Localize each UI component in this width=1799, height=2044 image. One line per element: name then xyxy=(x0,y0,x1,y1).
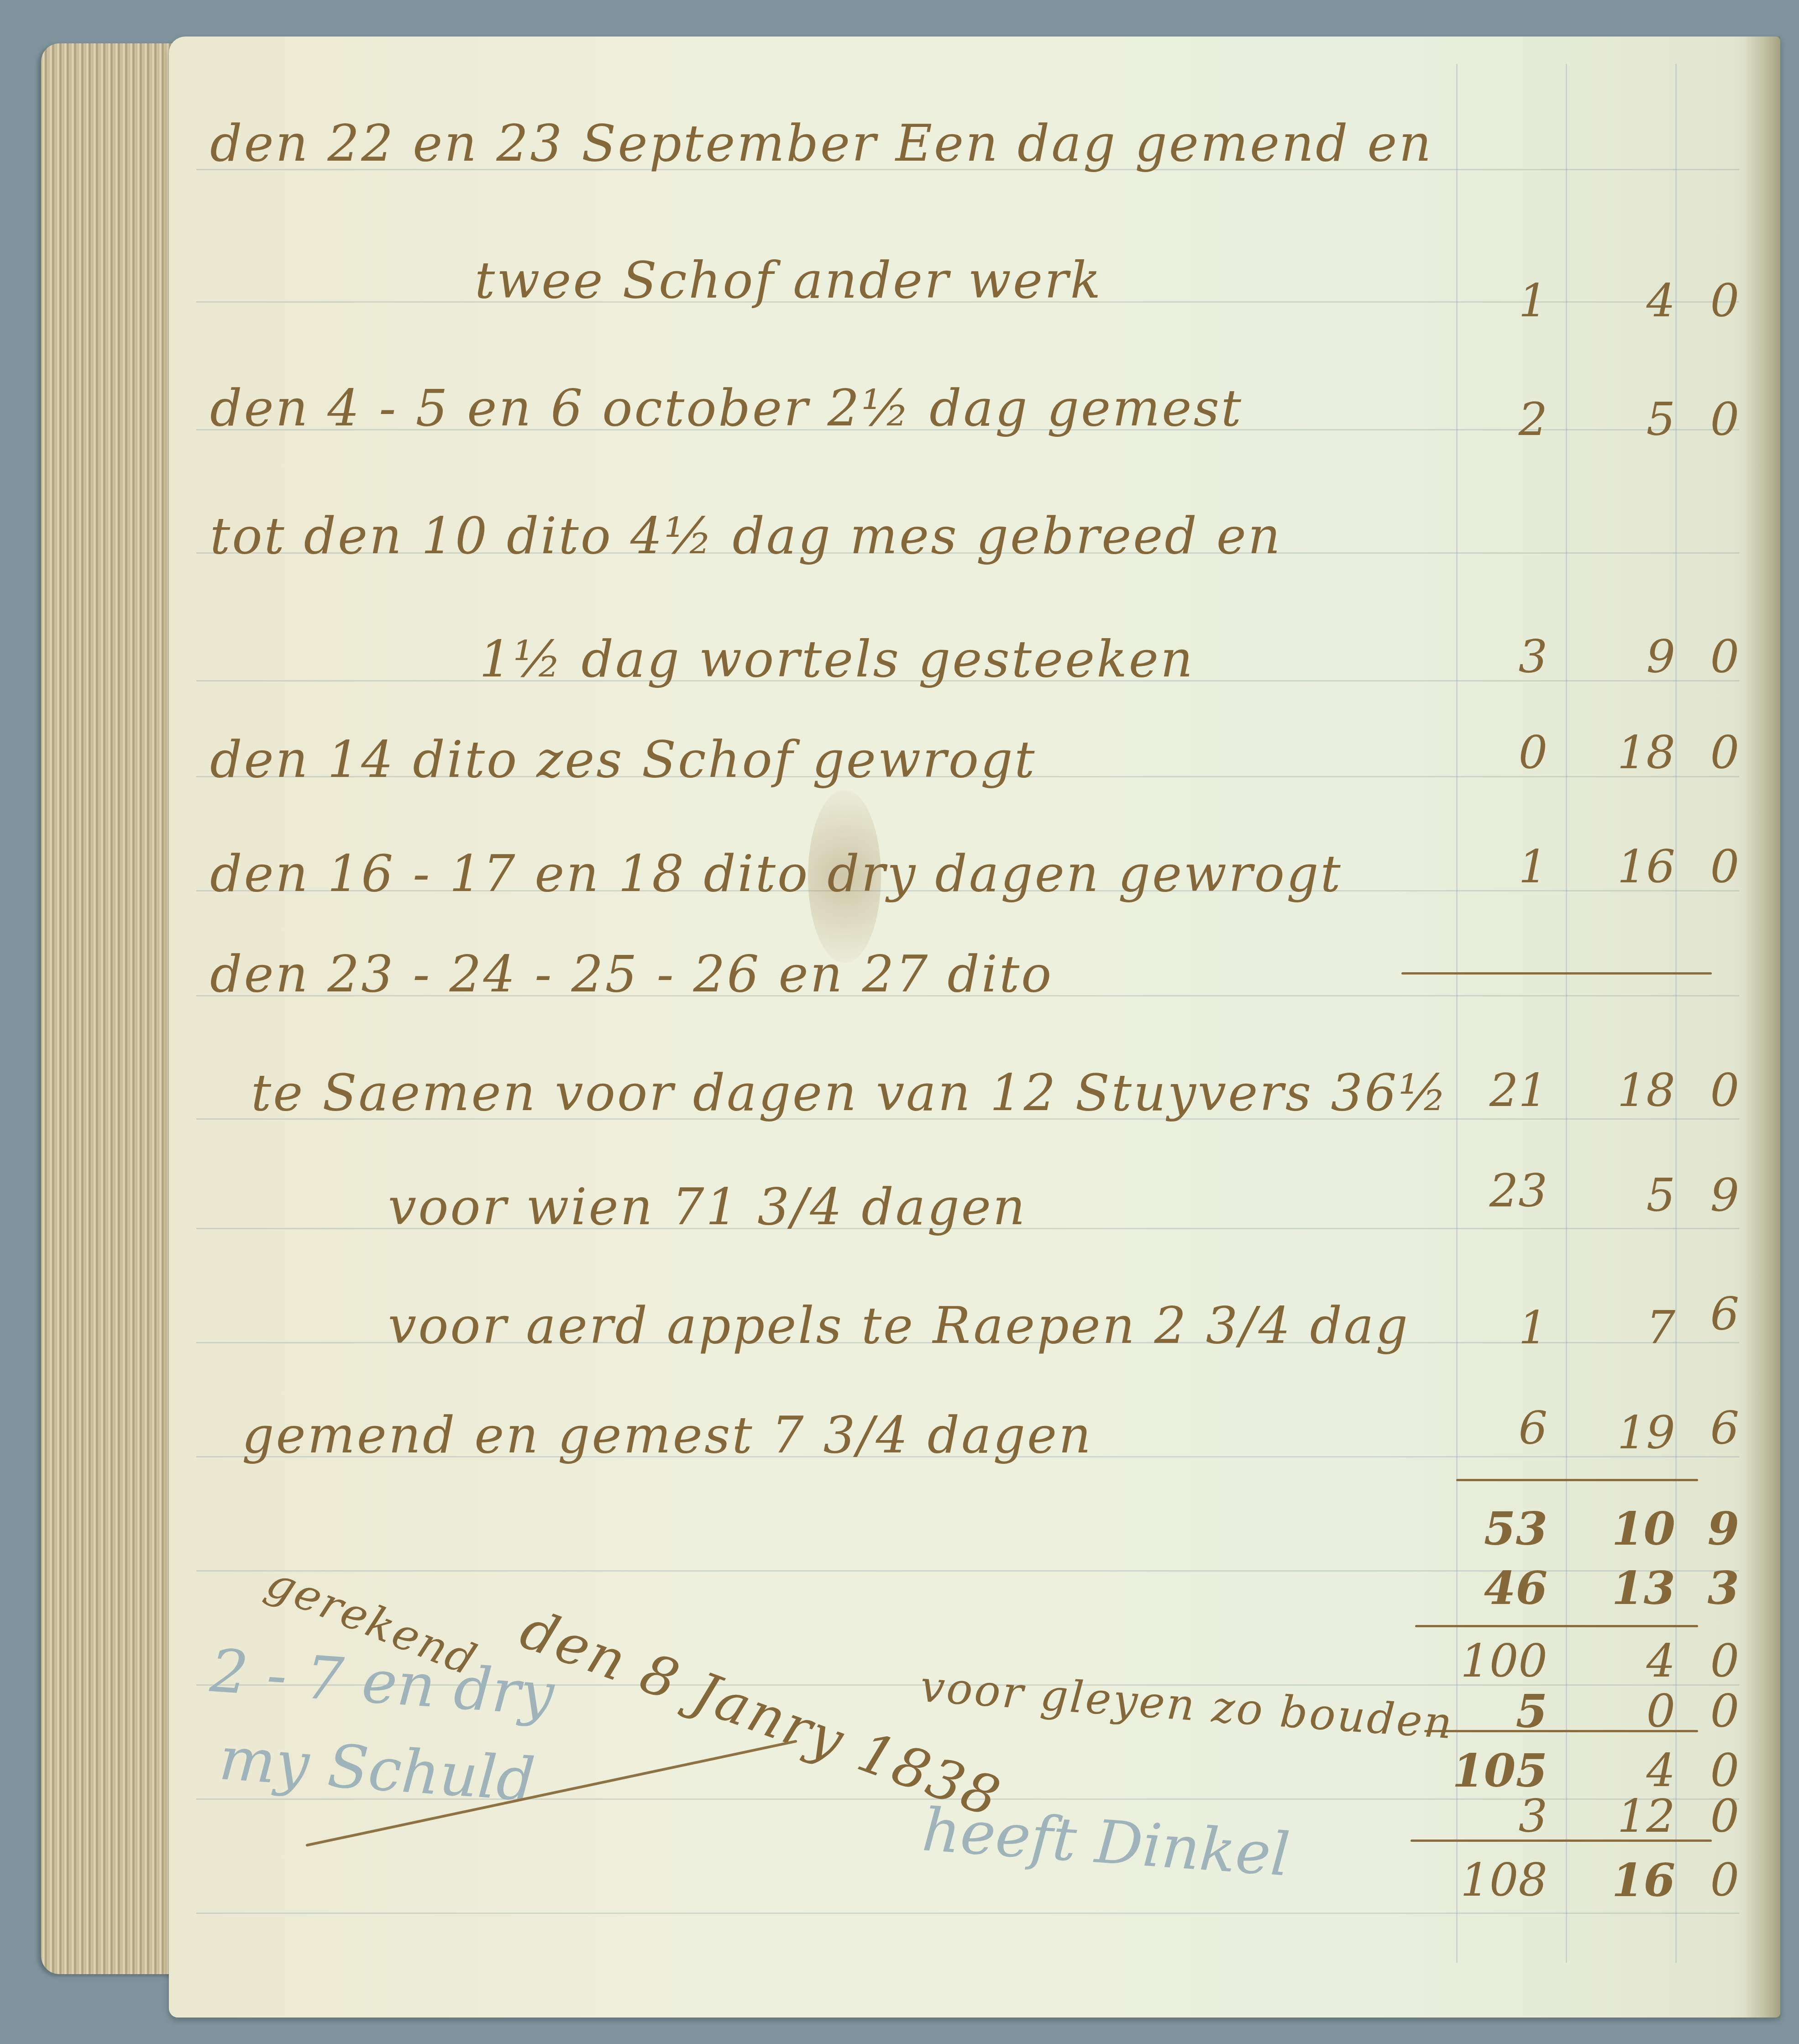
amount-stuivers: 5 xyxy=(1575,393,1675,446)
amount-penningen: 0 xyxy=(1680,630,1739,683)
amount-stuivers: 7 xyxy=(1575,1301,1675,1354)
amount-penningen: 0 xyxy=(1680,393,1739,446)
amount-guilders: 1 xyxy=(1397,1301,1547,1354)
amount-guilders: 23 xyxy=(1397,1164,1547,1217)
sum-line xyxy=(1411,1840,1712,1842)
settlement-note: voor gleyen zo bouden xyxy=(918,1661,1455,1749)
amount-stuivers: 4 xyxy=(1575,274,1675,327)
amount-guilders: 3 xyxy=(1397,630,1547,683)
subtotal-stuivers: 10 xyxy=(1575,1502,1675,1556)
subtotal-guilders: 53 xyxy=(1397,1502,1547,1556)
entry-text: voor aerd appels te Raepen 2 3/4 dag xyxy=(388,1296,1410,1355)
book-gutter xyxy=(1744,37,1780,2018)
amount-stuivers: 19 xyxy=(1575,1406,1675,1459)
pencil-note: 2 - 7 en dry xyxy=(208,1636,556,1729)
amount-penningen: 0 xyxy=(1680,274,1739,327)
grand-total-stuivers: 16 xyxy=(1575,1853,1675,1907)
amount-guilders: 6 xyxy=(1397,1401,1547,1455)
amount-stuivers: 9 xyxy=(1575,630,1675,683)
page-stack-edges xyxy=(41,43,178,1974)
amount-guilders: 2 xyxy=(1397,393,1547,446)
amount-penningen: 6 xyxy=(1680,1287,1739,1341)
column-rule-stuivers xyxy=(1566,64,1567,1963)
ledger-page: den 22 en 23 September Een dag gemend en… xyxy=(169,37,1780,2018)
entry-text: den 23 - 24 - 25 - 26 en 27 dito xyxy=(210,945,1053,1003)
entry-text: te Saemen voor dagen van 12 Stuyvers 36½ xyxy=(251,1064,1449,1122)
sum-line xyxy=(1424,1730,1698,1732)
grand-total-guilders: 108 xyxy=(1397,1853,1547,1907)
ruled-line xyxy=(196,1913,1739,1914)
amount-penningen: 6 xyxy=(1680,1401,1739,1455)
pencil-note: my Schuld xyxy=(217,1724,537,1815)
amount-penningen: 0 xyxy=(1680,726,1739,779)
amount-penningen: 0 xyxy=(1680,1064,1739,1117)
amount-guilders: 1 xyxy=(1397,274,1547,327)
column-rule-penningen xyxy=(1675,64,1677,1963)
amount-stuivers: 16 xyxy=(1575,840,1675,893)
amount-stuivers: 18 xyxy=(1575,726,1675,779)
amount-guilders: 21 xyxy=(1397,1064,1547,1117)
total-guilders: 100 xyxy=(1397,1634,1547,1688)
amount-penningen: 9 xyxy=(1680,1169,1739,1222)
pencil-note: heeft Dinkel xyxy=(920,1795,1292,1890)
entry-text: gemend en gemest 7 3/4 dagen xyxy=(242,1406,1093,1464)
entry-text: voor wien 71 3/4 dagen xyxy=(388,1178,1027,1236)
entry-text: twee Schof ander werk xyxy=(475,251,1102,309)
grand-total-penningen: 0 xyxy=(1680,1853,1739,1907)
subtotal-guilders: 46 xyxy=(1397,1561,1547,1615)
entry-text: den 4 - 5 en 6 october 2½ dag gemest xyxy=(210,379,1243,437)
total-stuivers: 4 xyxy=(1575,1634,1675,1688)
total-penningen: 0 xyxy=(1680,1634,1739,1688)
entry-text: tot den 10 dito 4½ dag mes gebreed en xyxy=(210,507,1282,565)
amount-guilders: 1 xyxy=(1397,840,1547,893)
subtotal-penningen: 9 xyxy=(1680,1502,1739,1556)
subtotal-stuivers: 13 xyxy=(1575,1561,1675,1615)
amount-stuivers: 5 xyxy=(1575,1169,1675,1222)
addition-guilders: 3 xyxy=(1397,1789,1547,1843)
amount-penningen: 0 xyxy=(1680,840,1739,893)
entry-text: den 14 dito zes Schof gewrogt xyxy=(210,730,1037,789)
sum-line xyxy=(1401,972,1712,975)
sum-line xyxy=(1415,1625,1698,1627)
entry-text: den 22 en 23 September Een dag gemend en xyxy=(210,114,1433,173)
entry-text: den 16 - 17 en 18 dito dry dagen gewrogt xyxy=(210,844,1343,903)
entry-text: 1½ dag wortels gesteeken xyxy=(479,630,1195,688)
addition-stuivers: 12 xyxy=(1575,1789,1675,1843)
amount-guilders: 0 xyxy=(1397,726,1547,779)
sum-line xyxy=(1456,1479,1698,1481)
subtotal-penningen: 3 xyxy=(1680,1561,1739,1615)
amount-stuivers: 18 xyxy=(1575,1064,1675,1117)
addition-penningen: 0 xyxy=(1680,1789,1739,1843)
